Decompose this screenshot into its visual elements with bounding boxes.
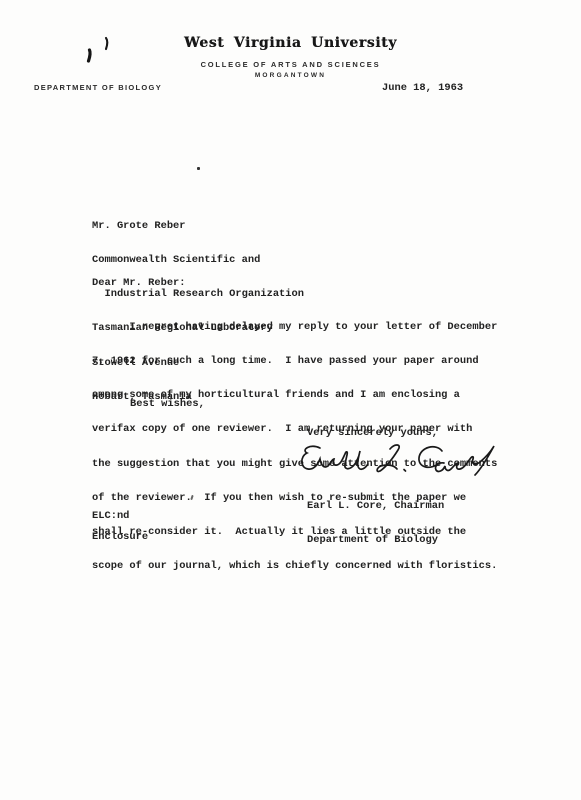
body-line: 7, 1962 for such a long time. I have pas… [92,356,497,367]
scan-speck [197,167,200,170]
letterhead-college-line: COLLEGE OF ARTS AND SCIENCES [0,60,581,69]
signer-title-line: Department of Biology [307,535,444,546]
salutation: Dear Mr. Reber: [92,278,186,289]
body-line: I regret having delayed my reply to your… [92,322,497,333]
enclosure-note: Enclosure [92,532,148,543]
signer-name-line: Earl L. Core, Chairman [307,501,444,512]
closing-line: Best wishes, [130,399,205,410]
signer-block: Earl L. Core, Chairman Department of Bio… [307,478,444,569]
signature-handwriting [298,441,530,481]
letterhead-city-line: MORGANTOWN [0,72,581,79]
recipient-line: Mr. Grote Reber [92,221,304,232]
valediction: Very sincerely yours, [307,428,438,439]
letterhead-department-line: DEPARTMENT OF BIOLOGY [34,83,162,92]
reference-initials: ELC:nd [92,511,129,522]
letter-date: June 18, 1963 [382,83,463,94]
letterhead-university-name: West Virginia University [0,35,581,51]
scanned-letter-page: West Virginia University COLLEGE OF ARTS… [0,0,581,800]
recipient-line: Commonwealth Scientific and [92,255,304,266]
